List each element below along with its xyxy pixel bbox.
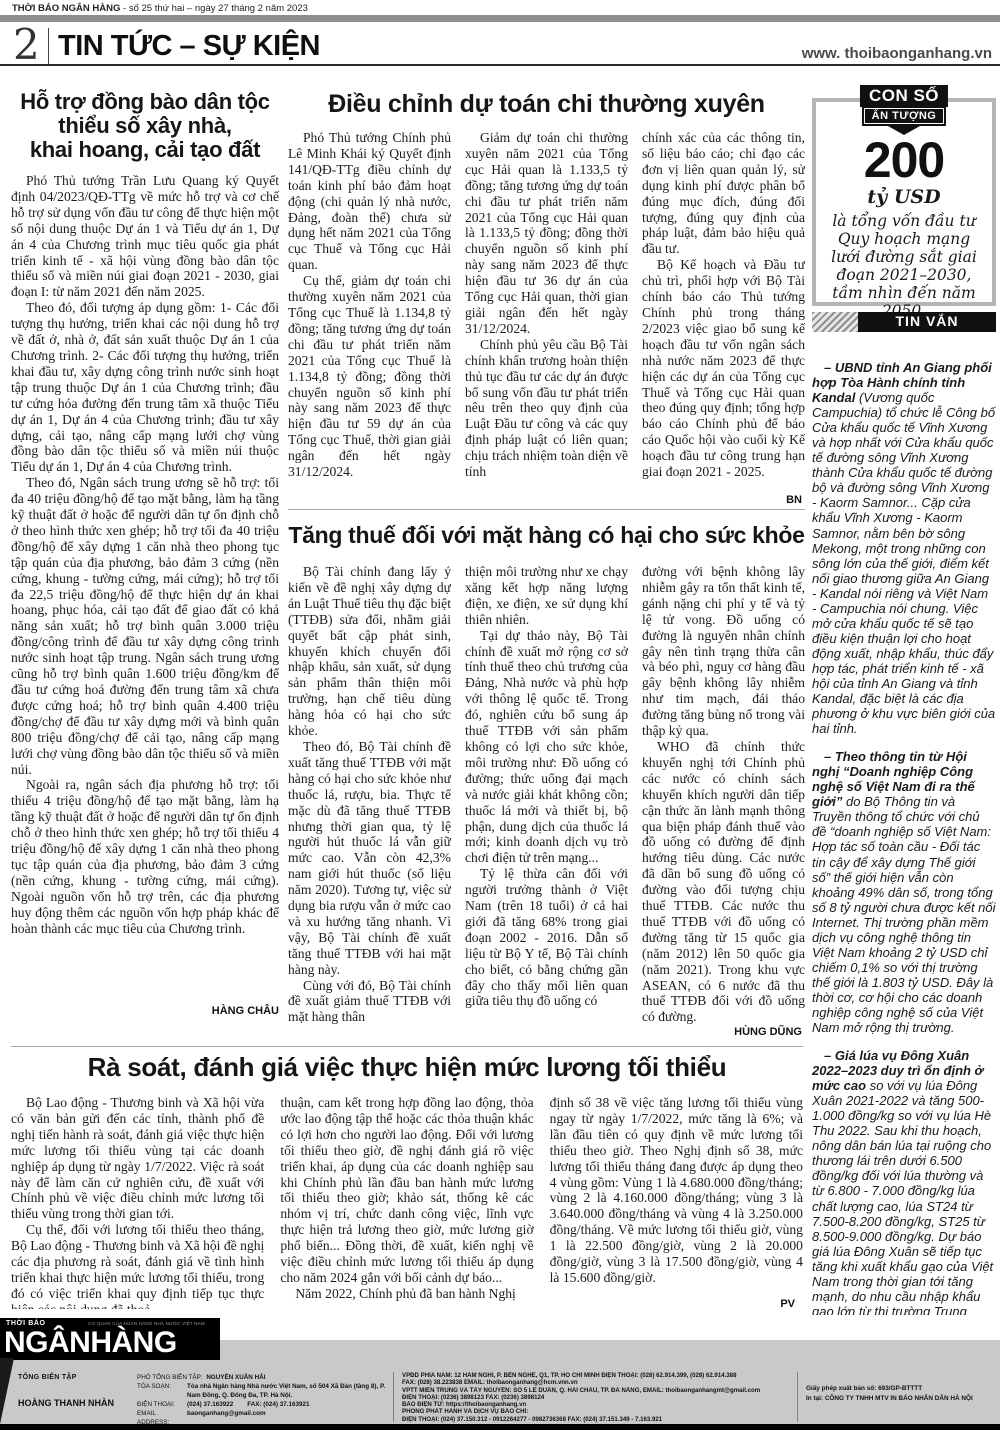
paragraph: đường với bệnh không lây nhiễm gây ra tổ…: [642, 564, 805, 739]
news-brief-item: – Giá lúa vụ Đông Xuân 2022–2023 duy trì…: [812, 1048, 996, 1315]
badge-label-top: CON SỐ: [860, 85, 948, 107]
footer-office-line: FAX: (028) 38.223838 EMAIL: thoibaonganh…: [402, 1379, 790, 1386]
paragraph: Cùng với đó, Bộ Tài chính đề xuất giảm t…: [288, 978, 451, 1026]
masthead-line: THỜI BÁO NGÂN HÀNG - số 25 thứ hai – ngà…: [12, 3, 308, 14]
byline: BN: [780, 494, 802, 506]
printer-info: In tại: CÔNG TY TNHH MTV IN BÁO NHÂN DÂN…: [806, 1394, 996, 1404]
issue-info: - số 25 thứ hai – ngày 27 tháng 2 năm 20…: [123, 3, 308, 14]
section-divider: [11, 1046, 803, 1047]
newspaper-page: THỜI BÁO NGÂN HÀNG - số 25 thứ hai – ngà…: [0, 0, 1000, 1430]
newspaper-logo: THỜI BÁO CƠ QUAN CỦA NGÂN HÀNG NHÀ NƯỚC …: [0, 1318, 220, 1360]
column-3: đường với bệnh không lây nhiễm gây ra tổ…: [642, 564, 805, 1026]
phone-label: ĐIỆN THOẠI:: [137, 1400, 187, 1409]
logo-main-text: NGÂNHÀNG: [4, 1326, 177, 1360]
paragraph: chính xác của các thông tin, số liệu báo…: [642, 130, 805, 257]
article-title: Tăng thuế đối với mặt hàng có hại cho sứ…: [288, 520, 805, 550]
footer-office-line: VPĐD PHÍA NAM: 12 HÀM NGHI, P. BẾN NGHÉ,…: [402, 1372, 790, 1379]
page-number-divider: [48, 28, 49, 65]
title-line: Hỗ trợ đồng bào dân tộc: [11, 90, 279, 114]
footer-office-line: PHÒNG PHÁT HÀNH VÀ DỊCH VỤ BÁO CHÍ:: [402, 1408, 790, 1415]
article-minimum-wage: Rà soát, đánh giá việc thực hiện mức lươ…: [11, 1052, 803, 1314]
footer-office-line: BÁO ĐIỆN TỬ: https://thoibaonganhang.vn: [402, 1401, 790, 1408]
header-rule: [0, 64, 1000, 66]
title-line: khai hoang, cải tạo đất: [11, 138, 279, 162]
masthead-title: THỜI BÁO NGÂN HÀNG: [12, 3, 120, 14]
editor-label: TỔNG BIÊN TẬP: [18, 1374, 133, 1381]
paragraph: Giảm dự toán chi thường xuyên năm 2021 c…: [465, 130, 628, 337]
column-2: thiện môi trường như xe chạy xăng kết hợ…: [465, 564, 628, 1026]
article-budget-adjustment: Điều chỉnh dự toán chi thường xuyên Phó …: [288, 90, 805, 508]
paragraph: Theo đó, Ngân sách trung ương sẽ hỗ trợ:…: [11, 475, 279, 777]
paragraph: Bộ Kế hoạch và Đầu tư chủ trì, phối hợp …: [642, 257, 805, 480]
impressive-number-description: là tổng vốn đầu tư Quy hoạch mạng lưới đ…: [816, 212, 992, 320]
article-excise-tax: Tăng thuế đối với mặt hàng có hại cho sứ…: [288, 520, 805, 1044]
paragraph: Năm 2022, Chính phủ đã ban hành Nghị: [280, 1286, 533, 1302]
footer-offices-block: VPĐD PHÍA NAM: 12 HÀM NGHI, P. BẾN NGHÉ,…: [402, 1372, 790, 1423]
hatch-decoration: [812, 312, 858, 332]
news-briefs-title: TIN VẮN: [858, 313, 996, 329]
news-brief-item: – UBND tỉnh An Giang phối hợp Tòa Hành c…: [812, 360, 996, 736]
paragraph: Bộ Tài chính đang lấy ý kiến về đề nghị …: [288, 564, 451, 739]
column-1: Bộ Lao động - Thương binh và Xã hội vừa …: [11, 1095, 264, 1309]
paragraph: Theo đó, Bộ Tài chính đề xuất tăng thuế …: [288, 739, 451, 978]
footer-contact-block: PHÓ TỔNG BIÊN TẬP: NGUYỄN XUÂN HẢI TÒA S…: [137, 1373, 387, 1427]
fax-number: FAX: (024) 37.163921: [247, 1400, 309, 1409]
footer-bottom-bar: [0, 1424, 1000, 1430]
office-address: Tòa nhà Ngân hàng Nhà nước Việt Nam, số …: [187, 1382, 387, 1400]
paragraph: Bộ Lao động - Thương binh và Xã hội vừa …: [11, 1095, 264, 1222]
article-body: Phó Thủ tướng Trần Lưu Quang ký Quyết đị…: [11, 173, 279, 1003]
paragraph: Cụ thể, đối với lương tối thiểu theo thá…: [11, 1222, 264, 1309]
paragraph: định số 38 về việc tăng lương tối thiểu …: [550, 1095, 803, 1286]
paragraph: Theo đó, đối tượng áp dụng gồm: 1- Các đ…: [11, 300, 279, 475]
sidebar: CON SỐ ẤN TƯỢNG 200 tỷ USD là tổng vốn đ…: [812, 85, 996, 1320]
article-housing-support: Hỗ trợ đồng bào dân tộcthiểu số xây nhà,…: [11, 90, 279, 1022]
editor-name: HOÀNG THANH NHÀN: [18, 1398, 133, 1408]
paragraph: thiện môi trường như xe chạy xăng kết hợ…: [465, 564, 628, 628]
paragraph: thuận, cam kết trong hợp đồng lao động, …: [280, 1095, 533, 1286]
phone-number: (024) 37.163922: [187, 1400, 233, 1409]
article-columns: Bộ Lao động - Thương binh và Xã hội vừa …: [11, 1095, 803, 1309]
column-1: Bộ Tài chính đang lấy ý kiến về đề nghị …: [288, 564, 451, 1026]
column-2: thuận, cam kết trong hợp đồng lao động, …: [280, 1095, 533, 1309]
footer-office-line: VPTT MIỀN TRUNG VÀ TÂY NGUYÊN: SỐ 5 LÊ D…: [402, 1387, 790, 1394]
paragraph: Phó Thủ tướng Trần Lưu Quang ký Quyết đị…: [11, 173, 279, 300]
byline: HÀNG CHÂU: [11, 1005, 279, 1017]
byline: PV: [774, 1298, 795, 1310]
publishing-license: Giấy phép xuất bản số: 693/GP-BTTTT: [806, 1384, 996, 1394]
news-briefs-header: TIN VẮN: [812, 312, 996, 332]
impressive-number-unit: tỷ USD: [816, 186, 992, 208]
footer-office-line: ĐIỆN THOẠI: (024) 37.150.312 - 091226427…: [402, 1416, 790, 1423]
office-row: TÒA SOẠN: Tòa nhà Ngân hàng Nhà nước Việ…: [137, 1382, 387, 1400]
paragraph: WHO đã chính thức khuyến nghị tới Chính …: [642, 739, 805, 1025]
news-briefs-list: – UBND tỉnh An Giang phối hợp Tòa Hành c…: [812, 347, 996, 1315]
article-columns: Bộ Tài chính đang lấy ý kiến về đề nghị …: [288, 564, 805, 1026]
footer-divider: [393, 1372, 394, 1422]
article-title: Hỗ trợ đồng bào dân tộcthiểu số xây nhà,…: [11, 90, 279, 162]
paragraph: Cụ thể, giảm dự toán chi thường xuyên nă…: [288, 273, 451, 480]
paragraph: Chính phủ yêu cầu Bộ Tài chính khẩn trươ…: [465, 337, 628, 480]
badge-notch-icon: [888, 126, 920, 135]
column-3: định số 38 về việc tăng lương tối thiểu …: [550, 1095, 803, 1309]
column-2: Giảm dự toán chi thường xuyên năm 2021 c…: [465, 130, 628, 508]
deputy-editor-row: PHÓ TỔNG BIÊN TẬP: NGUYỄN XUÂN HẢI: [137, 1373, 387, 1382]
paragraph: Phó Thủ tướng Chính phủ Lê Minh Khái ký …: [288, 130, 451, 273]
column-1: Phó Thủ tướng Chính phủ Lê Minh Khái ký …: [288, 130, 451, 508]
article-columns: Phó Thủ tướng Chính phủ Lê Minh Khái ký …: [288, 130, 805, 508]
top-divider-bar: [0, 15, 1000, 22]
column-3: chính xác của các thông tin, số liệu báo…: [642, 130, 805, 508]
deputy-editor-name: NGUYỄN XUÂN HẢI: [206, 1374, 265, 1381]
footer-office-line: ĐIỆN THOẠI: (0236) 3898123 FAX: (0236) 3…: [402, 1394, 790, 1401]
footer-editor-block: TỔNG BIÊN TẬP HOÀNG THANH NHÀN: [18, 1374, 133, 1408]
byline: HÙNG DŨNG: [728, 1026, 802, 1038]
section-title: TIN TỨC – SỰ KIỆN: [58, 30, 320, 63]
footer-divider: [797, 1372, 798, 1422]
badge-label-bottom: ẤN TƯỢNG: [864, 108, 945, 124]
footer-license-block: Giấy phép xuất bản số: 693/GP-BTTTT In t…: [806, 1384, 996, 1404]
title-line: thiểu số xây nhà,: [11, 114, 279, 138]
website-url: www. thoibaonganhang.vn: [802, 45, 992, 62]
phone-row: ĐIỆN THOẠI: (024) 37.163922 FAX: (024) 3…: [137, 1400, 387, 1409]
impressive-number-badge: CON SỐ ẤN TƯỢNG: [860, 85, 948, 135]
article-title: Rà soát, đánh giá việc thực hiện mức lươ…: [11, 1052, 803, 1082]
paragraph: Ngoài ra, ngân sách địa phương hỗ trợ: t…: [11, 777, 279, 936]
article-title: Điều chỉnh dự toán chi thường xuyên: [288, 90, 805, 118]
paragraph: Tỷ lệ thừa cân đối với người trưởng thàn…: [465, 866, 628, 1009]
office-label: TÒA SOẠN:: [137, 1382, 187, 1400]
impressive-number-value: 200: [816, 136, 992, 184]
paragraph: Tại dự thảo này, Bộ Tài chính đề xuất mở…: [465, 628, 628, 867]
section-divider: [288, 509, 805, 510]
deputy-editor-label: PHÓ TỔNG BIÊN TẬP:: [137, 1374, 203, 1381]
page-number: 2: [13, 20, 40, 69]
news-brief-item: – Theo thông tin từ Hội nghị “Doanh nghi…: [812, 749, 996, 1035]
